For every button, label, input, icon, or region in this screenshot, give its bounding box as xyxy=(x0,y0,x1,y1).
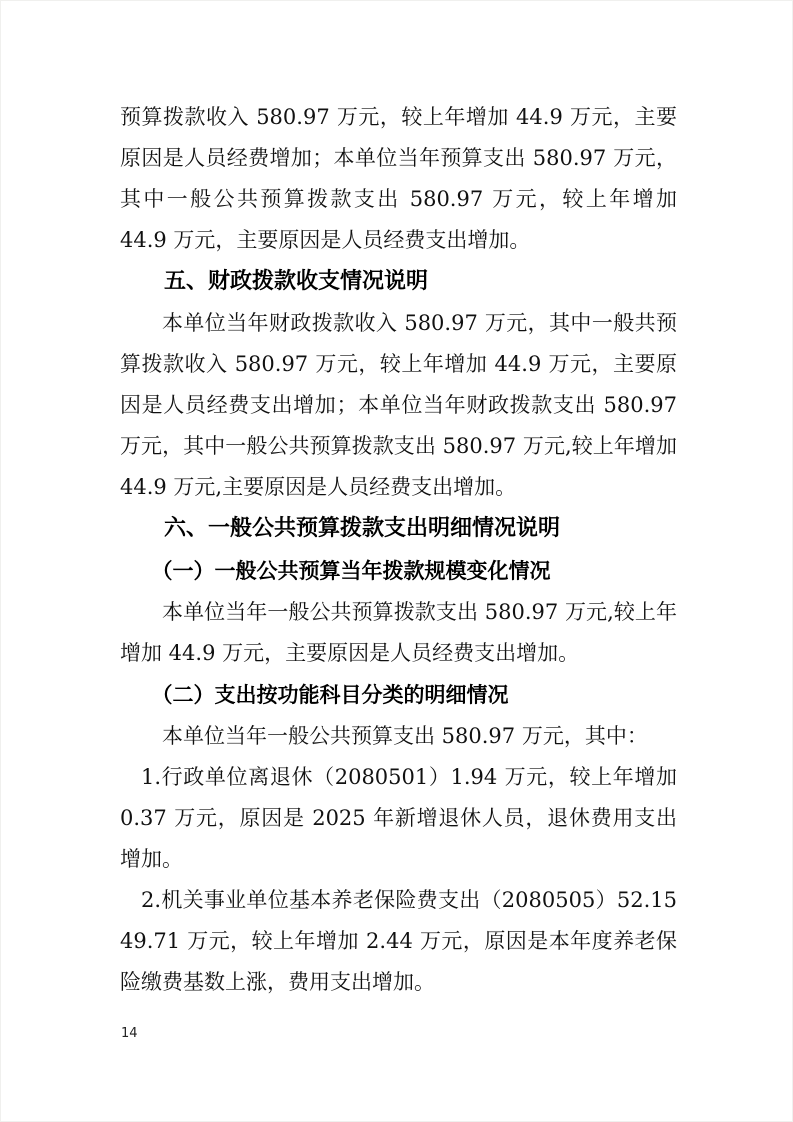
sub-heading-1-scale-change: （一）一般公共预算当年拨款规模变化情况 xyxy=(120,550,677,592)
document-body: 预算拨款收入 580.97 万元，较上年增加 44.9 万元，主要原因是人员经费… xyxy=(120,97,677,1003)
paragraph-fiscal-appropriation-detail: 本单位当年财政拨款收入 580.97 万元，其中一般共预算拨款收入 580.97… xyxy=(120,303,677,508)
paragraph-item-2-pension-insurance: 2.机关事业单位基本养老保险费支出（2080505）52.15 49.71 万元… xyxy=(120,880,677,1003)
paragraph-budget-allocation-income: 预算拨款收入 580.97 万元，较上年增加 44.9 万元，主要原因是人员经费… xyxy=(120,97,677,261)
paragraph-scale-change-detail: 本单位当年一般公共预算拨款支出 580.97 万元,较上年增加 44.9 万元，… xyxy=(120,592,677,674)
page-number: 14 xyxy=(121,1026,138,1041)
paragraph-item-1-retirement: 1.行政单位离退休（2080501）1.94 万元，较上年增加 0.37 万元，… xyxy=(120,757,677,880)
paragraph-expenditure-total: 本单位当年一般公共预算支出 580.97 万元，其中： xyxy=(120,716,677,757)
section-heading-6-public-budget-expenditure: 六、一般公共预算拨款支出明细情况说明 xyxy=(120,508,677,550)
section-heading-5-fiscal-appropriation: 五、财政拨款收支情况说明 xyxy=(120,261,677,303)
document-page: 预算拨款收入 580.97 万元，较上年增加 44.9 万元，主要原因是人员经费… xyxy=(0,0,793,1122)
sub-heading-2-function-classification: （二）支出按功能科目分类的明细情况 xyxy=(120,674,677,716)
